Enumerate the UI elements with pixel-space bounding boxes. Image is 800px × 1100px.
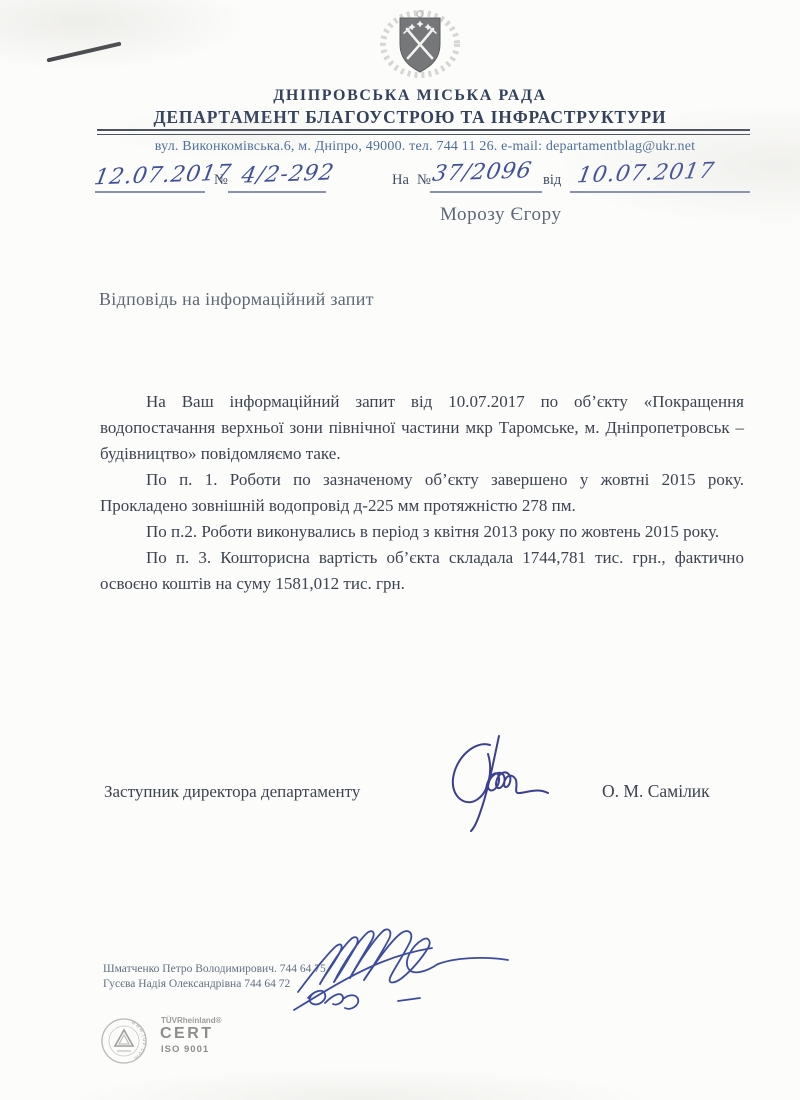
incoming-date-handwritten: 10.07.2017 xyxy=(575,159,716,189)
incoming-vid-label: від xyxy=(543,172,561,189)
scan-artifact-mark xyxy=(47,42,122,63)
cert-standard-text: ISO 9001 xyxy=(161,1044,209,1055)
body-paragraph-2: По п. 1. Роботи по зазначеному об’єкту з… xyxy=(100,467,744,519)
org-address-line: вул. Виконкомівська.6, м. Дніпро, 49000.… xyxy=(95,139,755,155)
underline xyxy=(228,191,326,193)
underline xyxy=(570,191,750,193)
underline xyxy=(430,191,542,193)
letterhead: ДНІПРОВСЬКА МІСЬКА РАДА ДЕПАРТАМЕНТ БЛАГ… xyxy=(55,87,765,128)
scanned-letter-page: ДНІПРОВСЬКА МІСЬКА РАДА ДЕПАРТАМЕНТ БЛАГ… xyxy=(0,0,800,1100)
body-paragraph-3: По п.2. Роботи виконувались в період з к… xyxy=(100,519,744,545)
cert-label-text: CERT xyxy=(160,1025,214,1043)
underline xyxy=(95,191,205,193)
svg-text:www.tuv.com: www.tuv.com xyxy=(129,1019,147,1061)
outgoing-number-handwritten: 4/2-292 xyxy=(239,160,336,188)
cert-brand-text: TÜVRheinland® xyxy=(161,1016,222,1025)
signer-name: О. М. Самілик xyxy=(602,781,710,802)
signature-scribble-icon xyxy=(280,914,520,1018)
body-paragraph-4: По п. 3. Кошторисна вартість об’єкта скл… xyxy=(100,545,744,597)
header-divider xyxy=(97,129,750,135)
incoming-number-label: № xyxy=(417,172,431,189)
signer-position: Заступник директора департаменту xyxy=(104,782,360,802)
body-paragraph-1: На Ваш інформаційний запит від 10.07.201… xyxy=(100,389,744,467)
org-name-line2: ДЕПАРТАМЕНТ БЛАГОУСТРОЮ ТА ІНФРАСТРУКТУР… xyxy=(55,107,765,128)
subject-line: Відповідь на інформаційний запит xyxy=(99,289,374,310)
coat-of-arms-icon xyxy=(374,9,466,79)
divider-thick-line xyxy=(97,129,750,131)
letter-body: На Ваш інформаційний запит від 10.07.201… xyxy=(100,389,744,597)
outgoing-number-label: № xyxy=(214,172,228,189)
signature-ink-icon xyxy=(436,731,554,835)
seal-arc-text: www.tuv.com xyxy=(129,1019,147,1061)
org-name-line1: ДНІПРОВСЬКА МІСЬКА РАДА xyxy=(55,87,765,105)
incoming-number-handwritten: 37/2096 xyxy=(430,158,534,186)
tuv-seal-icon: www.tuv.com xyxy=(100,1017,148,1065)
divider-thin-line xyxy=(97,134,750,135)
incoming-na-label: На xyxy=(392,172,409,189)
outgoing-date-handwritten: 12.07.2017 xyxy=(92,161,233,191)
addressee-name: Морозу Єгору xyxy=(440,204,562,226)
